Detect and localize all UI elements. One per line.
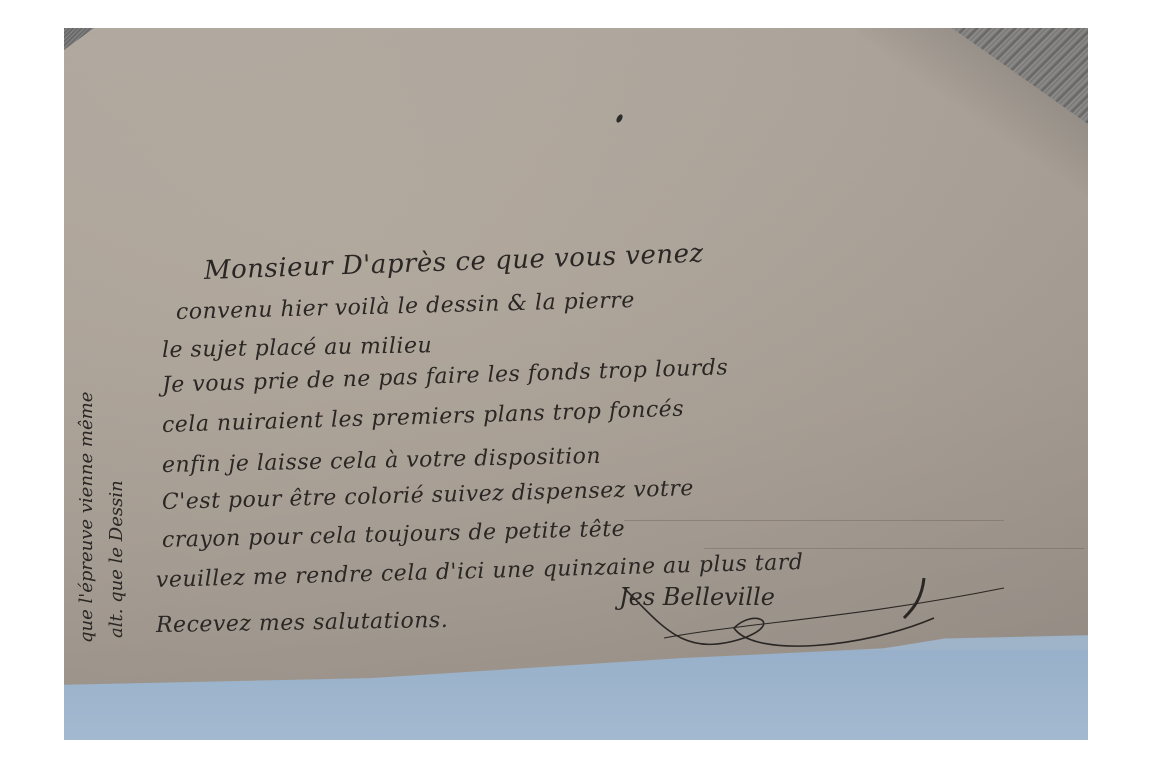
faint-rule (624, 520, 1004, 521)
letter-photograph: Monsieur D'après ce que vous venez conve… (64, 28, 1088, 740)
letter-line-3: le sujet placé au milieu (162, 333, 433, 363)
margin-note-line-1: que l'épreuve vienne même (76, 392, 97, 643)
margin-note-line-2: alt. que le Dessin (106, 480, 127, 638)
faint-rule (704, 548, 1084, 549)
letter-line-10: Recevez mes salutations. (156, 608, 449, 638)
letter-paper: Monsieur D'après ce que vous venez conve… (64, 28, 1088, 688)
